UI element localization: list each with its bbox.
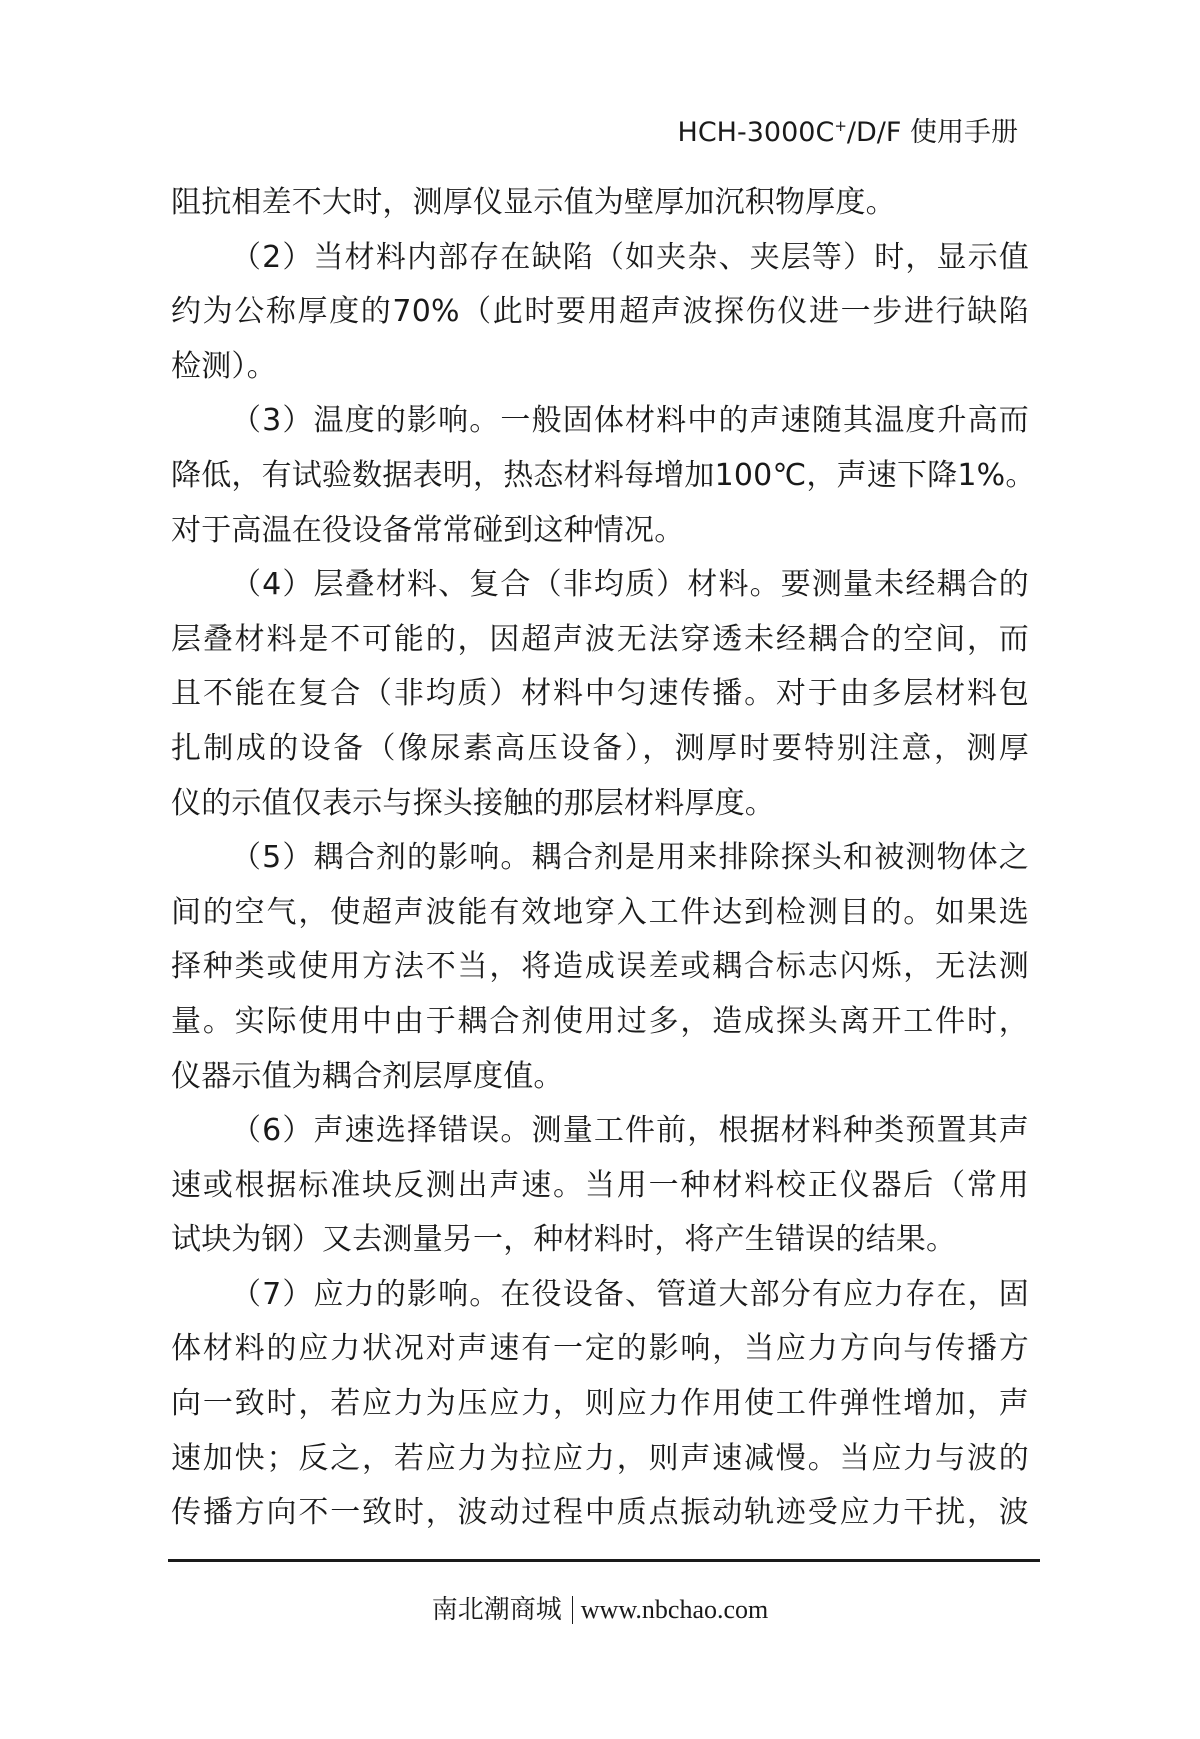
text-line: 试块为钢）又去测量另一，种材料时，将产生错误的结果。 <box>171 1213 1029 1268</box>
document-body: 阻抗相差不大时，测厚仪显示值为壁厚加沉积物厚度。 （2）当材料内部存在缺陷（如夹… <box>171 176 1029 1541</box>
text-line: （5）耦合剂的影响。耦合剂是用来排除探头和被测物体之 <box>171 831 1029 886</box>
text-line: 仪的示值仅表示与探头接触的那层材料厚度。 <box>171 777 1029 832</box>
header-model-sup: + <box>834 117 847 135</box>
text-line: 且不能在复合（非均质）材料中匀速传播。对于由多层材料包 <box>171 667 1029 722</box>
text-line: 对于高温在役设备常常碰到这种情况。 <box>171 504 1029 559</box>
text-line: 体材料的应力状况对声速有一定的影响，当应力方向与传播方 <box>171 1322 1029 1377</box>
text-line: （2）当材料内部存在缺陷（如夹杂、夹层等）时，显示值 <box>171 231 1029 286</box>
text-line: 检测）。 <box>171 340 1029 395</box>
text-line: 层叠材料是不可能的，因超声波无法穿透未经耦合的空间，而 <box>171 613 1029 668</box>
text-line: （6）声速选择错误。测量工件前，根据材料种类预置其声 <box>171 1104 1029 1159</box>
text-line: 量。实际使用中由于耦合剂使用过多，造成探头离开工件时， <box>171 995 1029 1050</box>
page-footer: 南北潮商城www.nbchao.com <box>0 1592 1200 1628</box>
footer-divider <box>168 1559 1040 1562</box>
text-line: 速或根据标准块反测出声速。当用一种材料校正仪器后（常用 <box>171 1159 1029 1214</box>
text-line: （3）温度的影响。一般固体材料中的声速随其温度升高而 <box>171 394 1029 449</box>
header-model-prefix: HCH-3000C <box>678 117 835 148</box>
header-model-suffix: /D/F 使用手册 <box>847 117 1018 148</box>
text-line: 向一致时，若应力为压应力，则应力作用使工件弹性增加，声 <box>171 1377 1029 1432</box>
text-line: 仪器示值为耦合剂层厚度值。 <box>171 1050 1029 1105</box>
text-line: 传播方向不一致时，波动过程中质点振动轨迹受应力干扰，波 <box>171 1486 1029 1541</box>
text-line: 约为公称厚度的70%（此时要用超声波探伤仪进一步进行缺陷 <box>171 285 1029 340</box>
footer-site-url[interactable]: www.nbchao.com <box>581 1595 768 1624</box>
footer-site-name: 南北潮商城 <box>432 1595 562 1624</box>
text-line: 降低，有试验数据表明，热态材料每增加100℃，声速下降1%。 <box>171 449 1029 504</box>
text-line: （7）应力的影响。在役设备、管道大部分有应力存在，固 <box>171 1268 1029 1323</box>
footer-separator <box>572 1596 573 1624</box>
text-line: 择种类或使用方法不当，将造成误差或耦合标志闪烁，无法测 <box>171 940 1029 995</box>
text-line: 扎制成的设备（像尿素高压设备），测厚时要特别注意，测厚 <box>171 722 1029 777</box>
page-header: HCH-3000C+/D/F 使用手册 <box>678 113 1018 153</box>
text-line: 阻抗相差不大时，测厚仪显示值为壁厚加沉积物厚度。 <box>171 176 1029 231</box>
text-line: 速加快；反之，若应力为拉应力，则声速减慢。当应力与波的 <box>171 1432 1029 1487</box>
text-line: 间的空气，使超声波能有效地穿入工件达到检测目的。如果选 <box>171 886 1029 941</box>
text-line: （4）层叠材料、复合（非均质）材料。要测量未经耦合的 <box>171 558 1029 613</box>
